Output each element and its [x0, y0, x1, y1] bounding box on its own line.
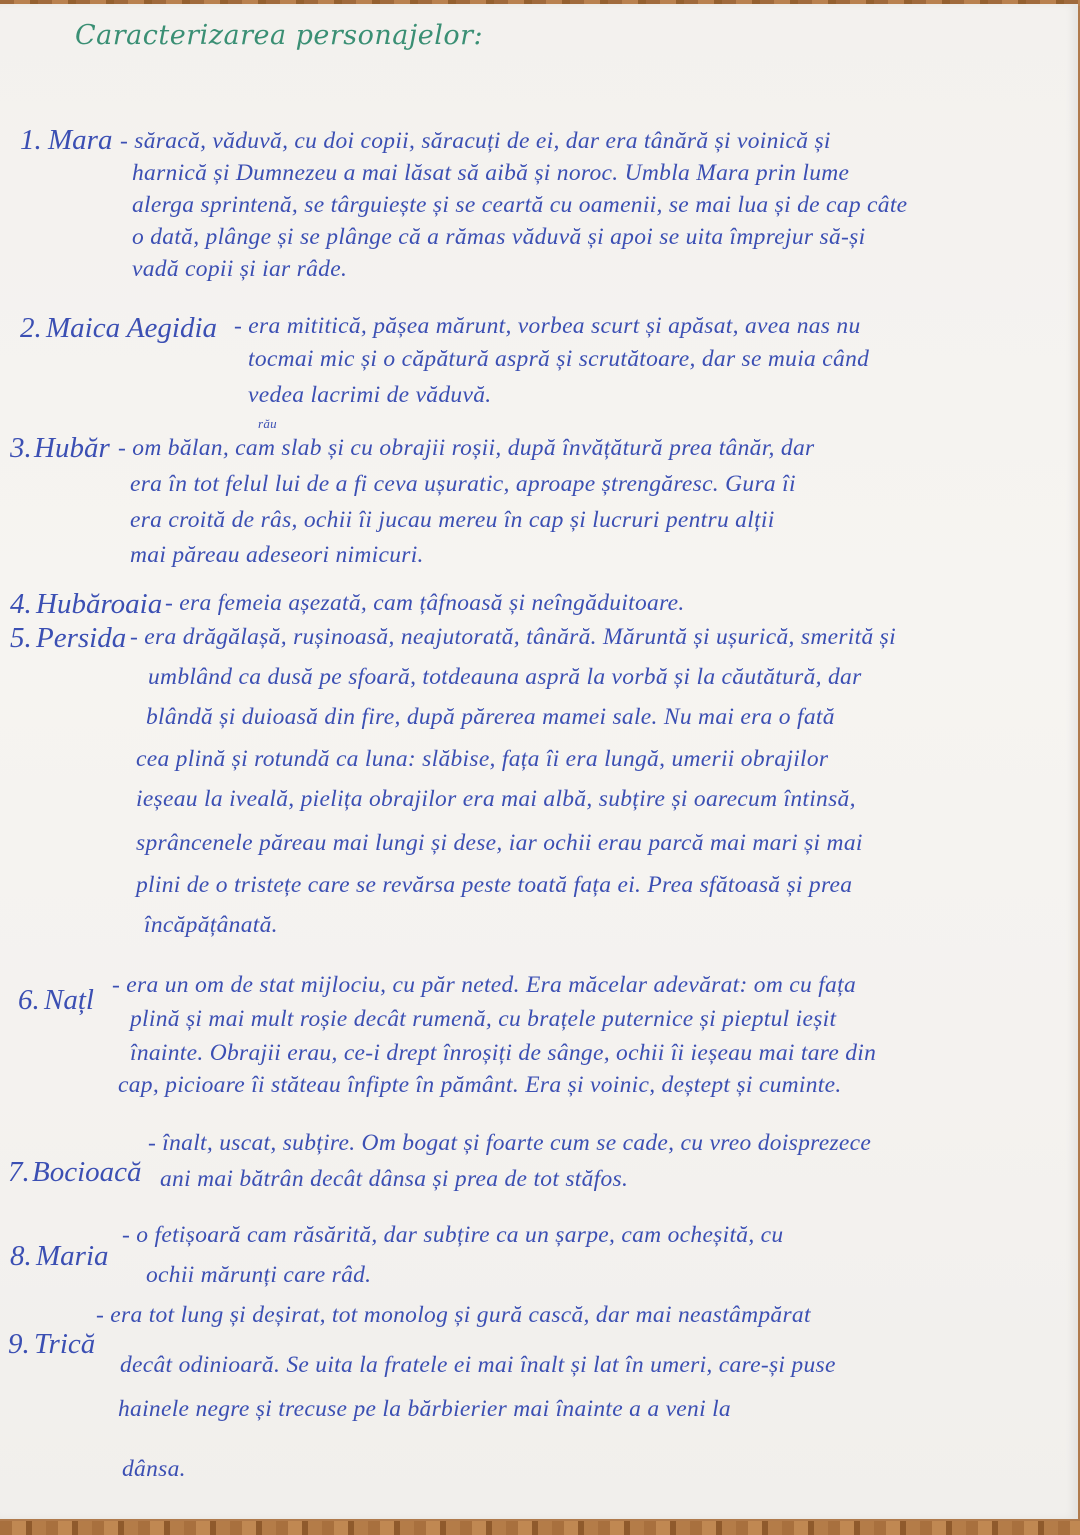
entry-line: tocmai mic și o căpătură aspră și scrută…: [248, 346, 869, 373]
entry-line: dânsa.: [122, 1456, 186, 1483]
superscript-correction: rău: [258, 416, 277, 432]
wooden-table-bottom-edge: [0, 1521, 1080, 1535]
entry-line: plini de o tristețe care se revărsa pest…: [136, 872, 852, 899]
entry-line: - era un om de stat mijlociu, cu păr net…: [112, 972, 856, 999]
entry-line: - era mititică, pășea mărunt, vorbea scu…: [234, 313, 861, 340]
handwritten-page: Caracterizarea personajelor: 1. Mara - s…: [0, 4, 1078, 1519]
entry-line: ochii mărunți care râd.: [146, 1262, 371, 1289]
entry-line: - era femeia așezată, cam țâfnoasă și ne…: [165, 590, 685, 617]
entry-line: alerga sprintenă, se târguiește și se ce…: [132, 192, 907, 219]
entry-line: era în tot felul lui de a fi ceva ușurat…: [130, 471, 796, 498]
entry-line: umblând ca dusă pe sfoară, totdeauna asp…: [148, 664, 862, 691]
entry-line: ieșeau la iveală, pielița obrajilor era …: [136, 786, 856, 813]
entry-line: - o fetișoară cam răsărită, dar subțire …: [122, 1222, 783, 1249]
entry-number: 1.: [20, 124, 42, 157]
character-name: Persida: [36, 622, 126, 655]
entry-line: mai păreau adeseori nimicuri.: [130, 542, 424, 569]
character-name: Hubăr: [34, 432, 110, 465]
entry-line: cap, picioare îi stăteau înfipte în pămâ…: [118, 1072, 842, 1099]
entry-line: - era tot lung și deșirat, tot monolog ș…: [96, 1302, 811, 1329]
entry-line: - săracă, văduvă, cu doi copii, săracuți…: [120, 128, 831, 155]
entry-number: 9.: [8, 1328, 30, 1361]
entry-line: încăpățânată.: [144, 912, 278, 939]
entry-line: - era drăgălașă, rușinoasă, neajutorată,…: [130, 624, 896, 651]
entry-line: o dată, plânge și se plânge că a rămas v…: [132, 224, 865, 251]
entry-line: harnică și Dumnezeu a mai lăsat să aibă …: [132, 160, 849, 187]
character-name: Națl: [44, 984, 94, 1017]
entry-number: 5.: [10, 622, 32, 655]
entry-line: vedea lacrimi de văduvă.: [248, 382, 491, 409]
entry-number: 6.: [18, 984, 40, 1017]
entry-line: - înalt, uscat, subțire. Om bogat și foa…: [148, 1130, 871, 1157]
character-name: Mara: [48, 124, 112, 157]
entry-line: sprâncenele păreau mai lungi și dese, ia…: [136, 830, 863, 857]
entry-line: plină și mai mult roșie decât rumenă, cu…: [130, 1006, 836, 1033]
entry-line: cea plină și rotundă ca luna: slăbise, f…: [136, 746, 828, 773]
page-title: Caracterizarea personajelor:: [75, 20, 483, 51]
entry-number: 4.: [10, 588, 32, 621]
entry-number: 7.: [8, 1156, 30, 1189]
character-name: Bocioacă: [32, 1156, 142, 1189]
entry-line: hainele negre și trecuse pe la bărbierie…: [118, 1396, 731, 1423]
entry-line: - om bălan, cam slab și cu obrajii roșii…: [118, 435, 814, 462]
character-name: Hubăroaia: [36, 588, 162, 621]
character-name: Maica Aegidia: [46, 312, 217, 345]
character-name: Trică: [34, 1328, 95, 1361]
entry-line: vadă copii și iar râde.: [132, 256, 347, 283]
entry-number: 3.: [10, 432, 32, 465]
character-name: Maria: [36, 1240, 109, 1273]
entry-line: blândă și duioasă din fire, după părerea…: [146, 704, 835, 731]
entry-number: 8.: [10, 1240, 32, 1273]
entry-line: ani mai bătrân decât dânsa și prea de to…: [160, 1166, 628, 1193]
entry-number: 2.: [20, 312, 42, 345]
entry-line: era croită de râs, ochii îi jucau mereu …: [130, 507, 775, 534]
entry-line: înainte. Obrajii erau, ce-i drept înroși…: [130, 1040, 876, 1067]
entry-line: decât odinioară. Se uita la fratele ei m…: [120, 1352, 836, 1379]
